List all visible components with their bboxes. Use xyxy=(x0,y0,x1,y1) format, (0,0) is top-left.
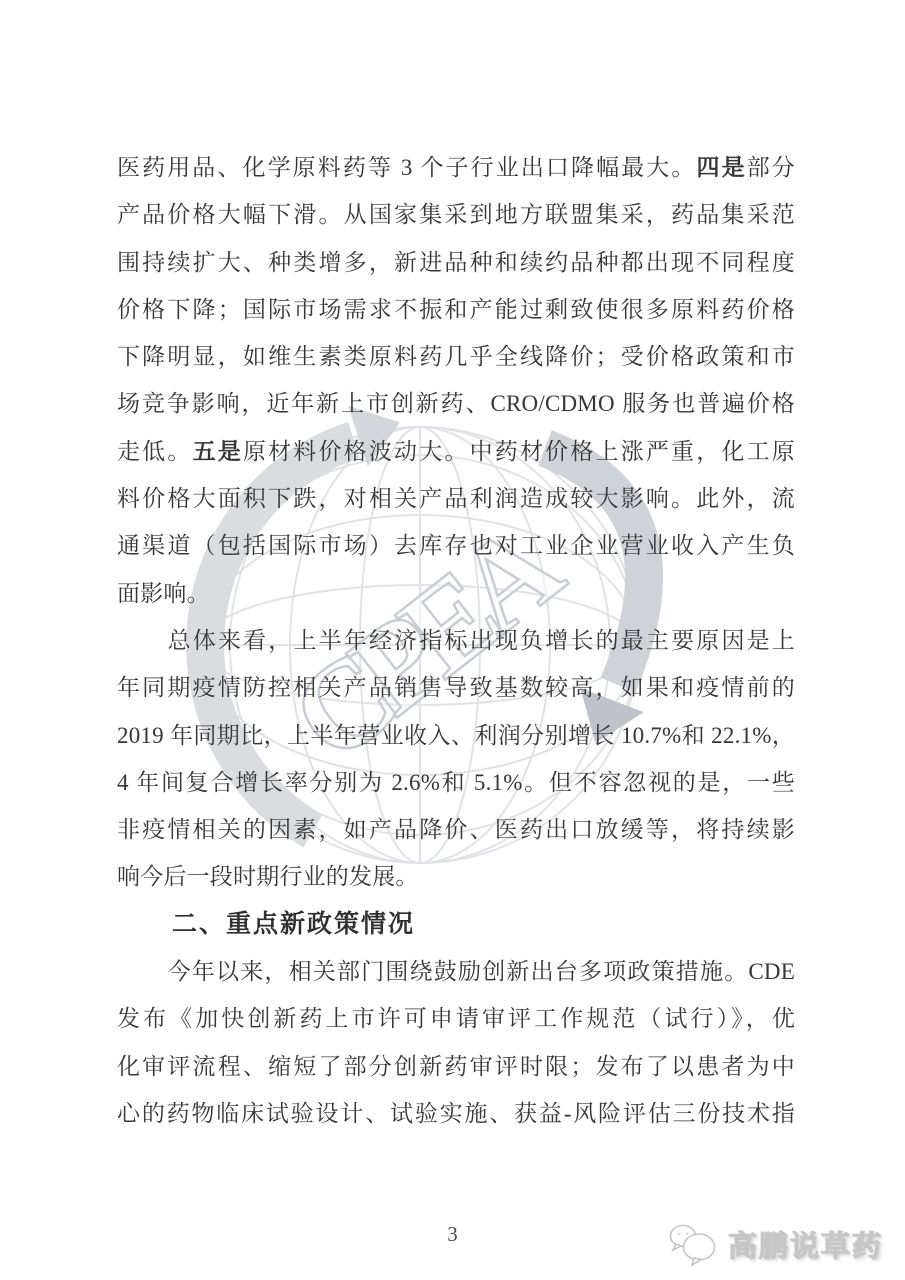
section-heading: 二、重点新政策情况 xyxy=(117,901,795,948)
text-block: 医药用品、化学原料药等 3 个子行业出口降幅最大。四是部分产品价格大幅下滑。从国… xyxy=(117,144,795,1137)
document-line: 4 年间复合增长率分别为 2.6%和 5.1%。但不容忽视的是，一些 xyxy=(117,759,795,806)
wechat-bubbles-icon xyxy=(668,1221,720,1267)
text-segment: 通渠道（包括国际市场）去库存也对工业企业营业收入产生负 xyxy=(117,533,795,558)
document-line: 医药用品、化学原料药等 3 个子行业出口降幅最大。四是部分 xyxy=(117,144,795,191)
text-segment: 响今后一段时期行业的发展。 xyxy=(117,864,419,889)
text-segment: 场竞争影响，近年新上市创新药、CRO/CDMO 服务也普遍价格 xyxy=(117,391,795,416)
document-line: 场竞争影响，近年新上市创新药、CRO/CDMO 服务也普遍价格 xyxy=(117,380,795,427)
document-line: 走低。五是原材料价格波动大。中药材价格上涨严重，化工原 xyxy=(117,428,795,475)
text-segment: 料价格大面积下跌，对相关产品利润造成较大影响。此外，流 xyxy=(117,486,795,511)
document-line: 化审评流程、缩短了部分创新药审评时限；发布了以患者为中 xyxy=(117,1043,795,1090)
text-segment: 二、重点新政策情况 xyxy=(172,910,415,938)
text-segment: 4 年间复合增长率分别为 2.6%和 5.1%。但不容忽视的是，一些 xyxy=(117,770,795,795)
document-line: 围持续扩大、种类增多，新进品种和续约品种都出现不同程度 xyxy=(117,239,795,286)
text-segment: 原材料价格波动大。中药材价格上涨严重，化工原 xyxy=(243,439,795,464)
document-line: 响今后一段时期行业的发展。 xyxy=(117,853,795,900)
text-segment: 化审评流程、缩短了部分创新药审评时限；发布了以患者为中 xyxy=(117,1054,795,1079)
scanned-document-page: CPEA 医药用品、化学原料药等 3 个子行业出口降幅最大。四是部分产品价格大幅… xyxy=(0,0,905,1280)
document-line: 发布《加快创新药上市许可申请审评工作规范（试行）》，优 xyxy=(117,995,795,1042)
text-segment: 非疫情相关的因素，如产品降价、医药出口放缓等，将持续影 xyxy=(117,817,795,842)
text-segment: 医药用品、化学原料药等 3 个子行业出口降幅最大。 xyxy=(117,155,697,180)
text-segment: 产品价格大幅下滑。从国家集采到地方联盟集采，药品集采范 xyxy=(117,202,795,227)
document-line: 下降明显，如维生素类原料药几乎全线降价；受价格政策和市 xyxy=(117,333,795,380)
text-segment: 今年以来，相关部门围绕鼓励创新出台多项政策措施。CDE xyxy=(168,959,795,984)
text-segment: 部分 xyxy=(747,155,795,180)
text-segment: 走低。 xyxy=(117,439,193,464)
document-line: 非疫情相关的因素，如产品降价、医药出口放缓等，将持续影 xyxy=(117,806,795,853)
text-segment: 面影响。 xyxy=(117,581,210,606)
document-line: 料价格大面积下跌，对相关产品利润造成较大影响。此外，流 xyxy=(117,475,795,522)
channel-watermark: 高鹏说草药 xyxy=(668,1220,883,1268)
document-line: 价格下降；国际市场需求不振和产能过剩致使很多原料药价格 xyxy=(117,286,795,333)
document-line: 年同期疫情防控相关产品销售导致基数较高，如果和疫情前的 xyxy=(117,664,795,711)
text-segment: 总体来看，上半年经济指标出现负增长的最主要原因是上 xyxy=(168,628,795,653)
text-segment: 心的药物临床试验设计、试验实施、获益-风险评估三份技术指 xyxy=(117,1101,795,1126)
text-segment: 年同期疫情防控相关产品销售导致基数较高，如果和疫情前的 xyxy=(117,675,795,700)
document-line: 今年以来，相关部门围绕鼓励创新出台多项政策措施。CDE xyxy=(117,948,795,995)
text-segment: 2019 年同期比，上半年营业收入、利润分别增长 10.7%和 22.1%， xyxy=(117,723,795,748)
bold-emphasis: 四是 xyxy=(697,155,747,180)
document-line: 心的药物临床试验设计、试验实施、获益-风险评估三份技术指 xyxy=(117,1090,795,1137)
channel-name: 高鹏说草药 xyxy=(728,1224,883,1265)
document-line: 产品价格大幅下滑。从国家集采到地方联盟集采，药品集采范 xyxy=(117,191,795,238)
text-segment: 围持续扩大、种类增多，新进品种和续约品种都出现不同程度 xyxy=(117,250,795,275)
text-segment: 价格下降；国际市场需求不振和产能过剩致使很多原料药价格 xyxy=(117,297,795,322)
bold-emphasis: 五是 xyxy=(193,439,243,464)
text-segment: 下降明显，如维生素类原料药几乎全线降价；受价格政策和市 xyxy=(117,344,795,369)
document-line: 面影响。 xyxy=(117,570,795,617)
document-line: 通渠道（包括国际市场）去库存也对工业企业营业收入产生负 xyxy=(117,522,795,569)
text-segment: 发布《加快创新药上市许可申请审评工作规范（试行）》，优 xyxy=(117,1006,795,1031)
document-line: 2019 年同期比，上半年营业收入、利润分别增长 10.7%和 22.1%， xyxy=(117,712,795,759)
document-line: 总体来看，上半年经济指标出现负增长的最主要原因是上 xyxy=(117,617,795,664)
